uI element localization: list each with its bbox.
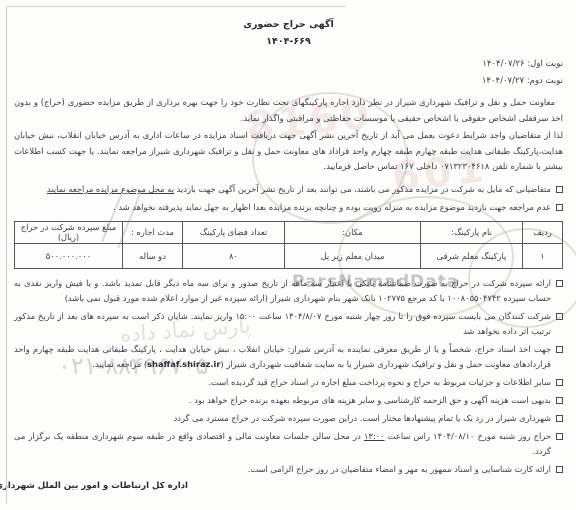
scan-edge-top xyxy=(6,6,346,7)
publication-date-first: نوبت اول: ۱۴۰۴/۰۷/۲۶ xyxy=(14,56,563,73)
bullet-square-icon xyxy=(556,280,563,287)
notice-text-underlined: به محل موضوع مزایده مراجعه نمایند xyxy=(47,184,174,194)
bullet-square-icon xyxy=(556,433,563,440)
cell-row-number: ۱ xyxy=(523,243,563,268)
turn1-date: ۱۴۰۴/۰۷/۲۶ xyxy=(482,59,524,69)
turn1-label: نوبت اول: xyxy=(527,59,563,69)
bullet-square-icon xyxy=(556,186,563,193)
header-row-number: ردیف xyxy=(523,221,563,243)
bullet-square-icon xyxy=(556,397,563,404)
post-table-notices: ارائه سپرده شرکت در حراج به صورت ضمانتنا… xyxy=(14,276,563,477)
notice-number-value: ۱۴۰۴-۶۶۹ xyxy=(266,36,311,47)
header-deposit-amount: مبلغ سپرده شرکت در حراج (ریال) xyxy=(15,221,123,243)
bullet-square-icon xyxy=(556,379,563,386)
notice-text: ارائه سپرده شرکت در حراج به صورت ضمانتنا… xyxy=(14,276,551,306)
pre-table-notices: متقاضیانی که مایل به شرکت در مزایده مذکو… xyxy=(14,182,563,215)
notice-item-rejection-right: شهرداری شیراز در رد یک یا تمام پیشنهادها… xyxy=(14,411,563,426)
turn2-label: نوبت دوم: xyxy=(527,76,563,86)
notice-text: حراج روز شنبه مورخ ۱۴۰۴/۰۸/۱۰ راس ساعت ۱… xyxy=(14,429,551,459)
cell-lease-duration: دو ساله xyxy=(123,243,183,268)
notice-text: متقاضیانی که مایل به شرکت در مزایده مذکو… xyxy=(14,182,551,197)
cell-parking-name: پارکینگ معلم شرقی xyxy=(421,243,523,268)
bullet-square-icon xyxy=(556,204,563,211)
invitation-paragraph: لذا از متقاضیان واجد شرایط دعوت بعمل می … xyxy=(14,128,563,175)
notice-text: شرکت کنندگان می بایست سپرده فوق را تا رو… xyxy=(14,309,551,339)
turn2-date: ۱۴۰۴/۰۷/۲۷ xyxy=(482,76,524,86)
notice-item-auction-session: حراج روز شنبه مورخ ۱۴۰۴/۰۸/۱۰ راس ساعت ۱… xyxy=(14,429,563,459)
scan-edge-left xyxy=(6,6,7,503)
bullet-square-icon xyxy=(556,313,563,320)
auction-table: ردیف نام پارکینگ: مکان: تعداد فضای پارکی… xyxy=(14,221,563,269)
notice-text: بدیهی است هزینه آگهی و حق الزحمه کارشناس… xyxy=(14,393,551,408)
cell-deposit-amount: ۵۰۰.۰۰۰.۰۰۰ xyxy=(15,243,123,268)
notice-item-no-visit: عدم مراجعه جهت بازدید موضوع مزایده به من… xyxy=(14,200,563,215)
notice-number: ۱۴۰۴-۶۶۹ xyxy=(14,36,563,47)
publication-dates: نوبت اول: ۱۴۰۴/۰۷/۲۶ نوبت دوم: ۱۴۰۴/۰۷/۲… xyxy=(14,56,563,90)
notice-text-plain: ) مراجعه نمایند. xyxy=(92,359,147,369)
notice-text: شهرداری شیراز در رد یک یا تمام پیشنهادها… xyxy=(14,411,551,426)
notice-item-deposit: ارائه سپرده شرکت در حراج به صورت ضمانتنا… xyxy=(14,276,563,306)
bullet-square-icon xyxy=(556,346,563,353)
notice-text-plain: حراج روز شنبه مورخ ۱۴۰۴/۰۸/۱۰ راس ساعت xyxy=(385,431,551,441)
notice-item-other-details: سایر اطلاعات و جزئیات مربوط به حراج و نح… xyxy=(14,375,563,390)
notice-text: ارائه کارت شناسایی و اسناد ممهور به مهر … xyxy=(14,462,551,477)
notice-item-costs: بدیهی است هزینه آگهی و حق الزحمه کارشناس… xyxy=(14,393,563,408)
shaffaf-website-link: shaffaf.shiraz.ir xyxy=(147,359,220,369)
publication-date-second: نوبت دوم: ۱۴۰۴/۰۷/۲۷ xyxy=(14,73,563,90)
notice-item-deposit-deadline: شرکت کنندگان می بایست سپرده فوق را تا رو… xyxy=(14,309,563,339)
page-title: آگهی حراج حضوری xyxy=(14,0,563,30)
notice-text: عدم مراجعه جهت بازدید موضوع مزایده به من… xyxy=(14,200,551,215)
header-lease-duration: مدت اجاره : xyxy=(123,221,183,243)
footer-signature: اداره کل ارتباطات و امور بین الملل شهردا… xyxy=(0,481,188,491)
cell-location: میدان معلم زیر پل xyxy=(285,243,421,268)
auction-time-underlined: ۱۳:۰۰ xyxy=(364,431,385,441)
notice-text-plain: متقاضیانی که مایل به شرکت در مزایده مذکو… xyxy=(174,184,551,194)
table-row: ۱ پارکینگ معلم شرقی میدان معلم زیر پل ۸۰… xyxy=(15,243,563,268)
document-content: آگهی حراج حضوری ۱۴۰۴-۶۶۹ نوبت اول: ۱۴۰۴/… xyxy=(0,0,576,477)
table-header-row: ردیف نام پارکینگ: مکان: تعداد فضای پارکی… xyxy=(15,221,563,243)
notice-item-visit: متقاضیانی که مایل به شرکت در مزایده مذکو… xyxy=(14,182,563,197)
notice-item-documents-address: جهت اخذ اسناد حراج، شخصاً و یا از طریق م… xyxy=(14,342,563,372)
cell-parking-spaces: ۸۰ xyxy=(183,243,285,268)
notice-text: جهت اخذ اسناد حراج، شخصاً و یا از طریق م… xyxy=(14,342,551,372)
intro-paragraph: معاونت حمل و نقل و ترافیک شهرداری شیراز … xyxy=(14,95,563,126)
header-parking-spaces: تعداد فضای پارکینگ xyxy=(183,221,285,243)
bullet-square-icon xyxy=(556,466,563,473)
auction-notice-document: 8160 601 ParsNamadData پارس نماد داده ۰۲… xyxy=(0,0,576,510)
header-location: مکان: xyxy=(285,221,421,243)
notice-item-id-required: ارائه کارت شناسایی و اسناد ممهور به مهر … xyxy=(14,462,563,477)
bullet-square-icon xyxy=(556,415,563,422)
notice-text: سایر اطلاعات و جزئیات مربوط به حراج و نح… xyxy=(14,375,551,390)
header-parking-name: نام پارکینگ: xyxy=(421,221,523,243)
